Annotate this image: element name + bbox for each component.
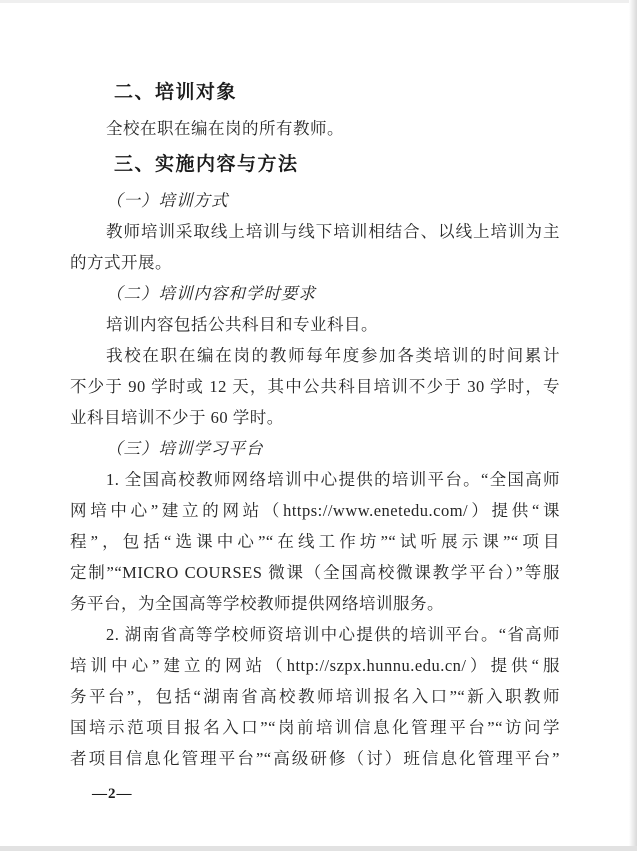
section-heading-training-target: 二、培训对象 (114, 77, 560, 108)
para-training-content: 培训内容包括公共科目和专业科目。 (70, 309, 560, 340)
page-number: —2— (92, 786, 133, 803)
para-platform-1-line-5: 务平台，为全国高等学校教师提供网络培训服务。 (70, 588, 560, 619)
scan-edge-top (0, 0, 637, 3)
para-platform-1-line-2: 网培中心”建立的网站（https://www.enetedu.com/）提供“课 (70, 495, 560, 526)
section-heading-implementation: 三、实施内容与方法 (114, 149, 560, 180)
para-training-hours-line-2: 不少于 90 学时或 12 天，其中公共科目培训不少于 30 学时，专 (70, 371, 560, 402)
para-platform-2-line-5: 者项目信息化管理平台”“高级研修（讨）班信息化管理平台” (70, 743, 560, 774)
para-training-method-line-1: 教师培训采取线上培训与线下培训相结合、以线上培训为主 (70, 216, 560, 247)
para-platform-2-line-1: 2. 湖南省高等学校师资培训中心提供的培训平台。“省高师 (70, 619, 560, 650)
subheading-training-method: （一）培训方式 (106, 185, 560, 216)
document-content: 二、培训对象 全校在职在编在岗的所有教师。 三、实施内容与方法 （一）培训方式 … (70, 72, 560, 774)
para-training-method-line-2: 的方式开展。 (70, 247, 560, 278)
scan-edge-bottom (0, 846, 637, 851)
para-platform-2-line-3: 务平台”，包括“湖南省高校教师培训报名入口”“新入职教师 (70, 681, 560, 712)
para-training-hours-line-3: 业科目培训不少于 60 学时。 (70, 402, 560, 433)
para-platform-1-line-3: 程”，包括“选课中心”“在线工作坊”“试听展示课”“项目 (70, 526, 560, 557)
para-platform-1-line-4: 定制”“MICRO COURSES 微课（全国高校微课教学平台）”等服 (70, 557, 560, 588)
para-platform-2-line-2: 培训中心”建立的网站（http://szpx.hunnu.edu.cn/）提供“… (70, 650, 560, 681)
scanned-document-page: 二、培训对象 全校在职在编在岗的所有教师。 三、实施内容与方法 （一）培训方式 … (0, 0, 637, 851)
para-platform-1-line-1: 1. 全国高校教师网络培训中心提供的培训平台。“全国高师 (70, 464, 560, 495)
para-training-hours-line-1: 我校在职在编在岗的教师每年度参加各类培训的时间累计 (70, 340, 560, 371)
subheading-training-content: （二）培训内容和学时要求 (106, 278, 560, 309)
scan-edge-right (629, 0, 637, 851)
subheading-training-platform: （三）培训学习平台 (106, 433, 560, 464)
para-training-target: 全校在职在编在岗的所有教师。 (70, 113, 560, 144)
para-platform-2-line-4: 国培示范项目报名入口”“岗前培训信息化管理平台”“访问学 (70, 712, 560, 743)
